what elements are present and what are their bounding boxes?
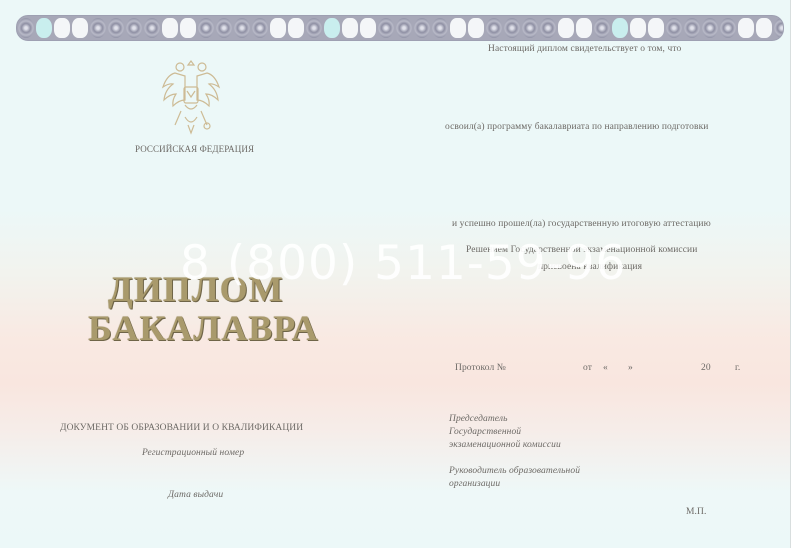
guilloche-ornament (288, 18, 304, 38)
guilloche-ornament (144, 18, 160, 38)
guilloche-ornament (378, 18, 394, 38)
guilloche-ornament (360, 18, 376, 38)
head-line1: Руководитель образовательной (449, 466, 580, 476)
guilloche-ornament (324, 18, 340, 38)
guilloche-ornament (486, 18, 502, 38)
protocol-quote-open: « (603, 363, 608, 373)
guilloche-ornament (270, 18, 286, 38)
seal-place: М.П. (686, 507, 706, 517)
guilloche-ornament (720, 18, 736, 38)
guilloche-ornament (612, 18, 628, 38)
document-type: ДОКУМЕНТ ОБ ОБРАЗОВАНИИ И О КВАЛИФИКАЦИИ (60, 423, 303, 433)
guilloche-ornament (432, 18, 448, 38)
guilloche-ornament (504, 18, 520, 38)
protocol-label: Протокол № (455, 363, 506, 373)
guilloche-ornament (558, 18, 574, 38)
guilloche-ornament (468, 18, 484, 38)
guilloche-ornament (702, 18, 718, 38)
diploma-page: РОССИЙСКАЯ ФЕДЕРАЦИЯ ДИПЛОМ БАКАЛАВРА ДО… (0, 0, 791, 548)
guilloche-ornament (684, 18, 700, 38)
chairman-line1: Председатель (449, 414, 508, 424)
guilloche-ornament (54, 18, 70, 38)
guilloche-ornament (522, 18, 538, 38)
guilloche-ornament (540, 18, 556, 38)
guilloche-ornament (234, 18, 250, 38)
guilloche-ornament (72, 18, 88, 38)
guilloche-ornament (18, 18, 34, 38)
registration-number-label: Регистрационный номер (142, 448, 244, 458)
guilloche-ornament (414, 18, 430, 38)
guilloche-ornament (126, 18, 142, 38)
passed-attestation-text: и успешно прошел(ла) государственную ито… (452, 219, 711, 229)
protocol-from: от (583, 363, 592, 373)
protocol-quote-close: » (628, 363, 633, 373)
chairman-line3: экзаменационной комиссии (449, 440, 561, 450)
guilloche-ornament (666, 18, 682, 38)
certifies-text: Настоящий диплом свидетельствует о том, … (488, 44, 681, 54)
guilloche-ornament (396, 18, 412, 38)
mastered-program-text: освоил(а) программу бакалавриата по напр… (445, 122, 708, 132)
guilloche-ornament (216, 18, 232, 38)
guilloche-ornament (90, 18, 106, 38)
guilloche-ornament (738, 18, 754, 38)
protocol-year-suffix: г. (735, 363, 740, 373)
double-headed-eagle-emblem-icon (155, 55, 227, 137)
guilloche-ornament (594, 18, 610, 38)
guilloche-ornament (306, 18, 322, 38)
guilloche-ornament (252, 18, 268, 38)
guilloche-border-band (16, 15, 784, 41)
head-line2: организации (449, 479, 500, 489)
protocol-year-prefix: 20 (701, 363, 711, 373)
diploma-title-line2: БАКАЛАВРА (88, 307, 319, 349)
guilloche-ornament (774, 18, 784, 38)
guilloche-ornament (576, 18, 592, 38)
guilloche-ornament (756, 18, 772, 38)
guilloche-ornament (198, 18, 214, 38)
guilloche-ornament (450, 18, 466, 38)
chairman-line2: Государственной (449, 427, 521, 437)
guilloche-ornament (108, 18, 124, 38)
country-name: РОССИЙСКАЯ ФЕДЕРАЦИЯ (135, 144, 254, 154)
issue-date-label: Дата выдачи (168, 490, 223, 500)
guilloche-ornament (630, 18, 646, 38)
guilloche-ornament (162, 18, 178, 38)
guilloche-ornament (180, 18, 196, 38)
phone-watermark: 8 (800) 511-59-96 (180, 236, 626, 291)
guilloche-ornament (36, 18, 52, 38)
guilloche-ornament (648, 18, 664, 38)
guilloche-ornament (342, 18, 358, 38)
